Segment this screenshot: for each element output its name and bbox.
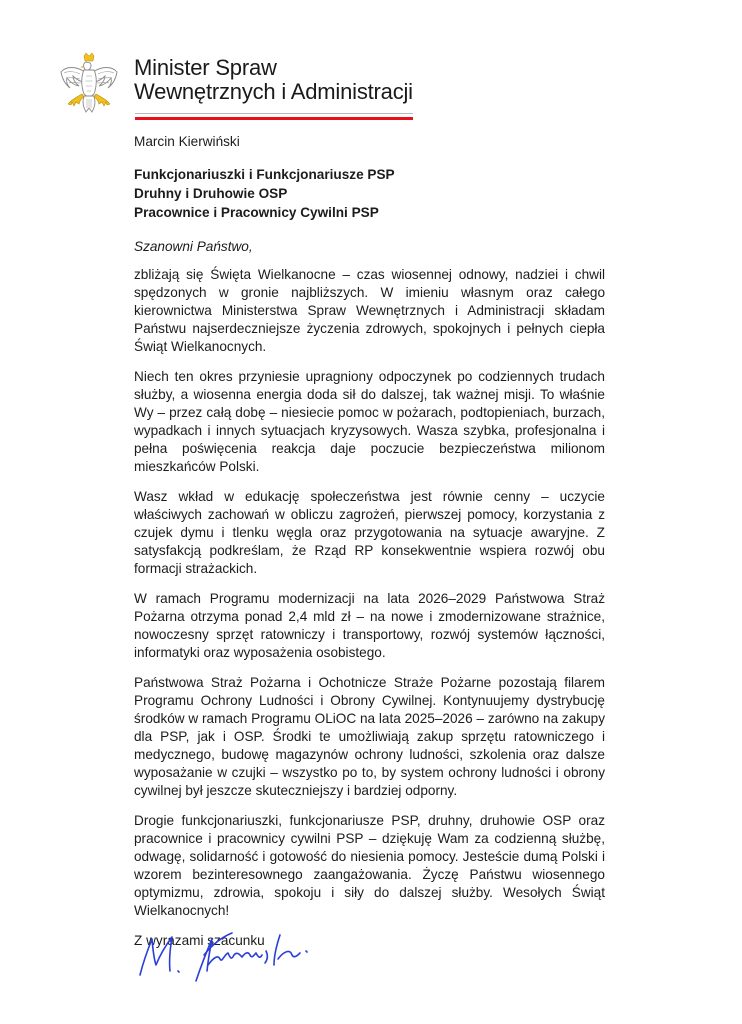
paragraph: zbliżają się Święta Wielkanocne – czas w… bbox=[134, 266, 605, 356]
letterhead-rule-gray bbox=[135, 113, 413, 114]
ministry-name-line2: Wewnętrznych i Administracji bbox=[134, 80, 413, 104]
paragraph: Państwowa Straż Pożarna i Ochotnicze Str… bbox=[134, 674, 605, 800]
signer-name: Marcin Kierwiński bbox=[134, 133, 605, 151]
addressee-line: Druhny i Druhowie OSP bbox=[134, 184, 605, 203]
addressee-line: Pracownice i Pracownicy Cywilni PSP bbox=[134, 203, 605, 222]
addressees: Funkcjonariuszki i Funkcjonariusze PSP D… bbox=[134, 165, 605, 222]
ministry-name: Minister Spraw Wewnętrznych i Administra… bbox=[134, 56, 413, 104]
letter-body: Marcin Kierwiński Funkcjonariuszki i Fun… bbox=[134, 133, 605, 950]
polish-eagle-emblem-icon bbox=[58, 52, 120, 118]
paragraph: Wasz wkład w edukację społeczeństwa jest… bbox=[134, 488, 605, 578]
letterhead: Minister Spraw Wewnętrznych i Administra… bbox=[58, 50, 418, 122]
letterhead-rule-red bbox=[135, 117, 413, 120]
paragraph: Niech ten okres przyniesie upragniony od… bbox=[134, 368, 605, 476]
salutation: Szanowni Państwo, bbox=[134, 238, 605, 256]
ministry-name-line1: Minister Spraw bbox=[134, 56, 413, 80]
addressee-line: Funkcjonariuszki i Funkcjonariusze PSP bbox=[134, 165, 605, 184]
paragraph: Drogie funkcjonariuszki, funkcjonariusze… bbox=[134, 812, 605, 920]
paragraph: W ramach Programu modernizacji na lata 2… bbox=[134, 590, 605, 662]
handwritten-signature-icon bbox=[134, 925, 334, 985]
